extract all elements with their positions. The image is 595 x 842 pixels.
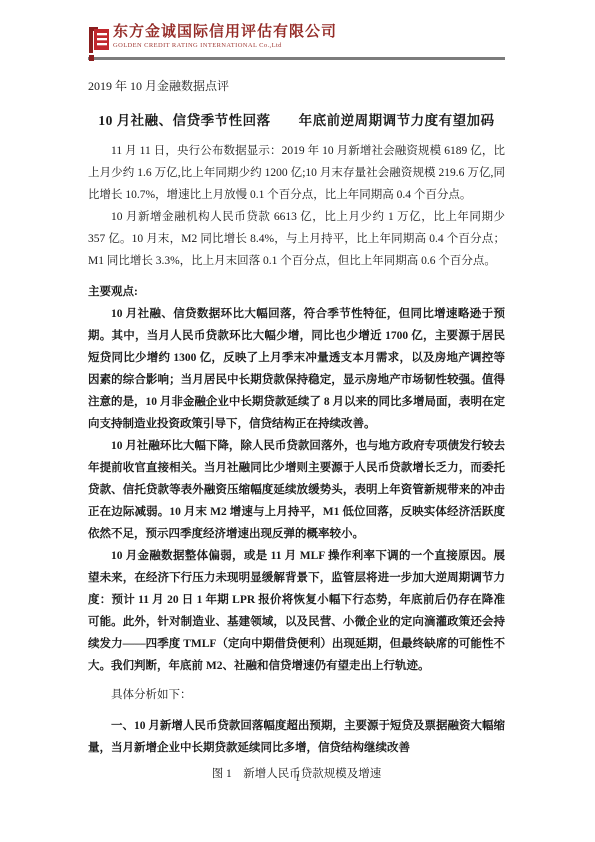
company-logo-icon [88,26,110,63]
report-title: 10 月社融、信贷季节性回落 年底前逆周期调节力度有望加码 [88,109,505,129]
company-name-en: GOLDEN CREDIT RATING INTERNATIONAL Co.,L… [113,42,505,49]
page-content: 东方金诚国际信用评估有限公司 GOLDEN CREDIT RATING INTE… [0,0,595,785]
analysis-item-1-heading: 一、10 月新增人民币贷款回落幅度超出预期，主要源于短贷及票据融资大幅缩量，当月… [88,715,505,759]
paragraph-viewpoint-3: 10 月金融数据整体偏弱，或是 11 月 MLF 操作利率下调的一个直接原因。展… [88,545,505,677]
doc-category-label: 2019 年 10 月金融数据点评 [88,77,505,94]
brand-text: 东方金诚国际信用评估有限公司 GOLDEN CREDIT RATING INTE… [88,24,505,49]
document-page: 东方金诚国际信用评估有限公司 GOLDEN CREDIT RATING INTE… [0,0,595,842]
page-number: 1 [0,773,595,784]
brand-header: 东方金诚国际信用评估有限公司 GOLDEN CREDIT RATING INTE… [88,24,505,60]
paragraph-intro-2: 10 月新增金融机构人民币贷款 6613 亿，比上月少约 1 万亿，比上年同期少… [88,206,505,272]
company-name-cn: 东方金诚国际信用评估有限公司 [113,24,505,41]
analysis-lead: 具体分析如下： [88,684,505,706]
paragraph-viewpoint-1: 10 月社融、信贷数据环比大幅回落，符合季节性特征，但同比增速略逊于预期。其中，… [88,303,505,435]
paragraph-intro-1: 11 月 11 日，央行公布数据显示：2019 年 10 月新增社会融资规模 6… [88,140,505,206]
paragraph-viewpoint-2: 10 月社融环比大幅下降，除人民币贷款回落外，也与地方政府专项债发行较去年提前收… [88,435,505,545]
viewpoints-heading: 主要观点: [88,281,505,303]
